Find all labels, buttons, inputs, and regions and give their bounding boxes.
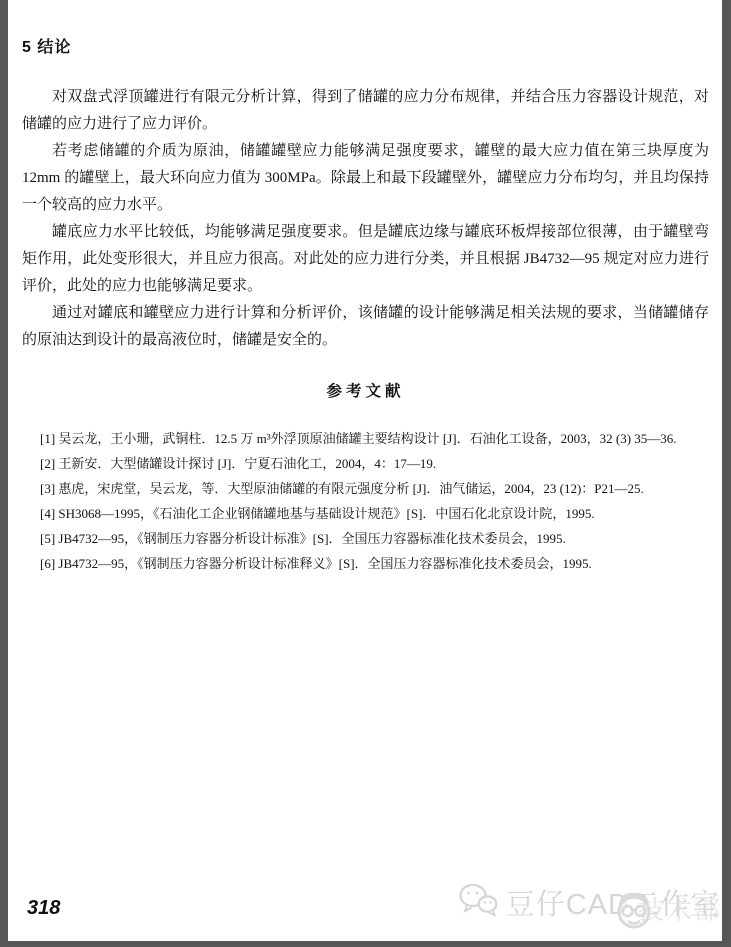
document-page: 5 结论 对双盘式浮顶罐进行有限元分析计算，得到了储罐的应力分布规律，并结合压力…	[8, 0, 722, 941]
conclusion-paragraph: 罐底应力水平比较低，均能够满足强度要求。但是罐底边缘与罐底环板焊接部位很薄，由于…	[22, 219, 709, 300]
page-content: 5 结论 对双盘式浮顶罐进行有限元分析计算，得到了储罐的应力分布规律，并结合压力…	[8, 0, 722, 576]
page-number: 318	[27, 897, 60, 920]
reference-item: [2] 王新安．大型储罐设计探讨 [J]．宁夏石油化工，2004，4：17—19…	[40, 451, 701, 476]
conclusion-paragraph: 通过对罐底和罐壁应力进行计算和分析评价，该储罐的设计能够满足相关法规的要求，当储…	[22, 300, 709, 354]
references-heading: 参考文献	[22, 379, 709, 401]
watermark: 豆仔CAD工作室 技术部	[458, 882, 720, 923]
reference-item: [4] SH3068—1995，《石油化工企业钢储罐地基与基础设计规范》[S]．…	[40, 501, 701, 526]
conclusion-paragraph: 对双盘式浮顶罐进行有限元分析计算，得到了储罐的应力分布规律，并结合压力容器设计规…	[22, 84, 709, 138]
watermark-secondary-text: 技术部	[638, 890, 722, 927]
references-list: [1] 吴云龙，王小珊，武铜柱．12.5 万 m³外浮顶原油储罐主要结构设计 […	[22, 426, 709, 576]
conclusion-paragraph: 若考虑储罐的介质为原油，储罐罐壁应力能够满足强度要求，罐壁的最大应力值在第三块厚…	[22, 138, 709, 219]
reference-item: [5] JB4732—95，《钢制压力容器分析设计标准》[S]．全国压力容器标准…	[40, 526, 701, 551]
wechat-icon	[458, 882, 498, 923]
conclusion-body: 对双盘式浮顶罐进行有限元分析计算，得到了储罐的应力分布规律，并结合压力容器设计规…	[22, 84, 709, 354]
conclusion-heading: 5 结论	[22, 34, 709, 57]
reference-item: [1] 吴云龙，王小珊，武铜柱．12.5 万 m³外浮顶原油储罐主要结构设计 […	[40, 426, 701, 451]
reference-item: [3] 惠虎，宋虎堂，吴云龙，等．大型原油储罐的有限元强度分析 [J]．油气储运…	[40, 476, 701, 501]
reference-item: [6] JB4732—95，《钢制压力容器分析设计标准释义》[S]．全国压力容器…	[40, 551, 701, 576]
